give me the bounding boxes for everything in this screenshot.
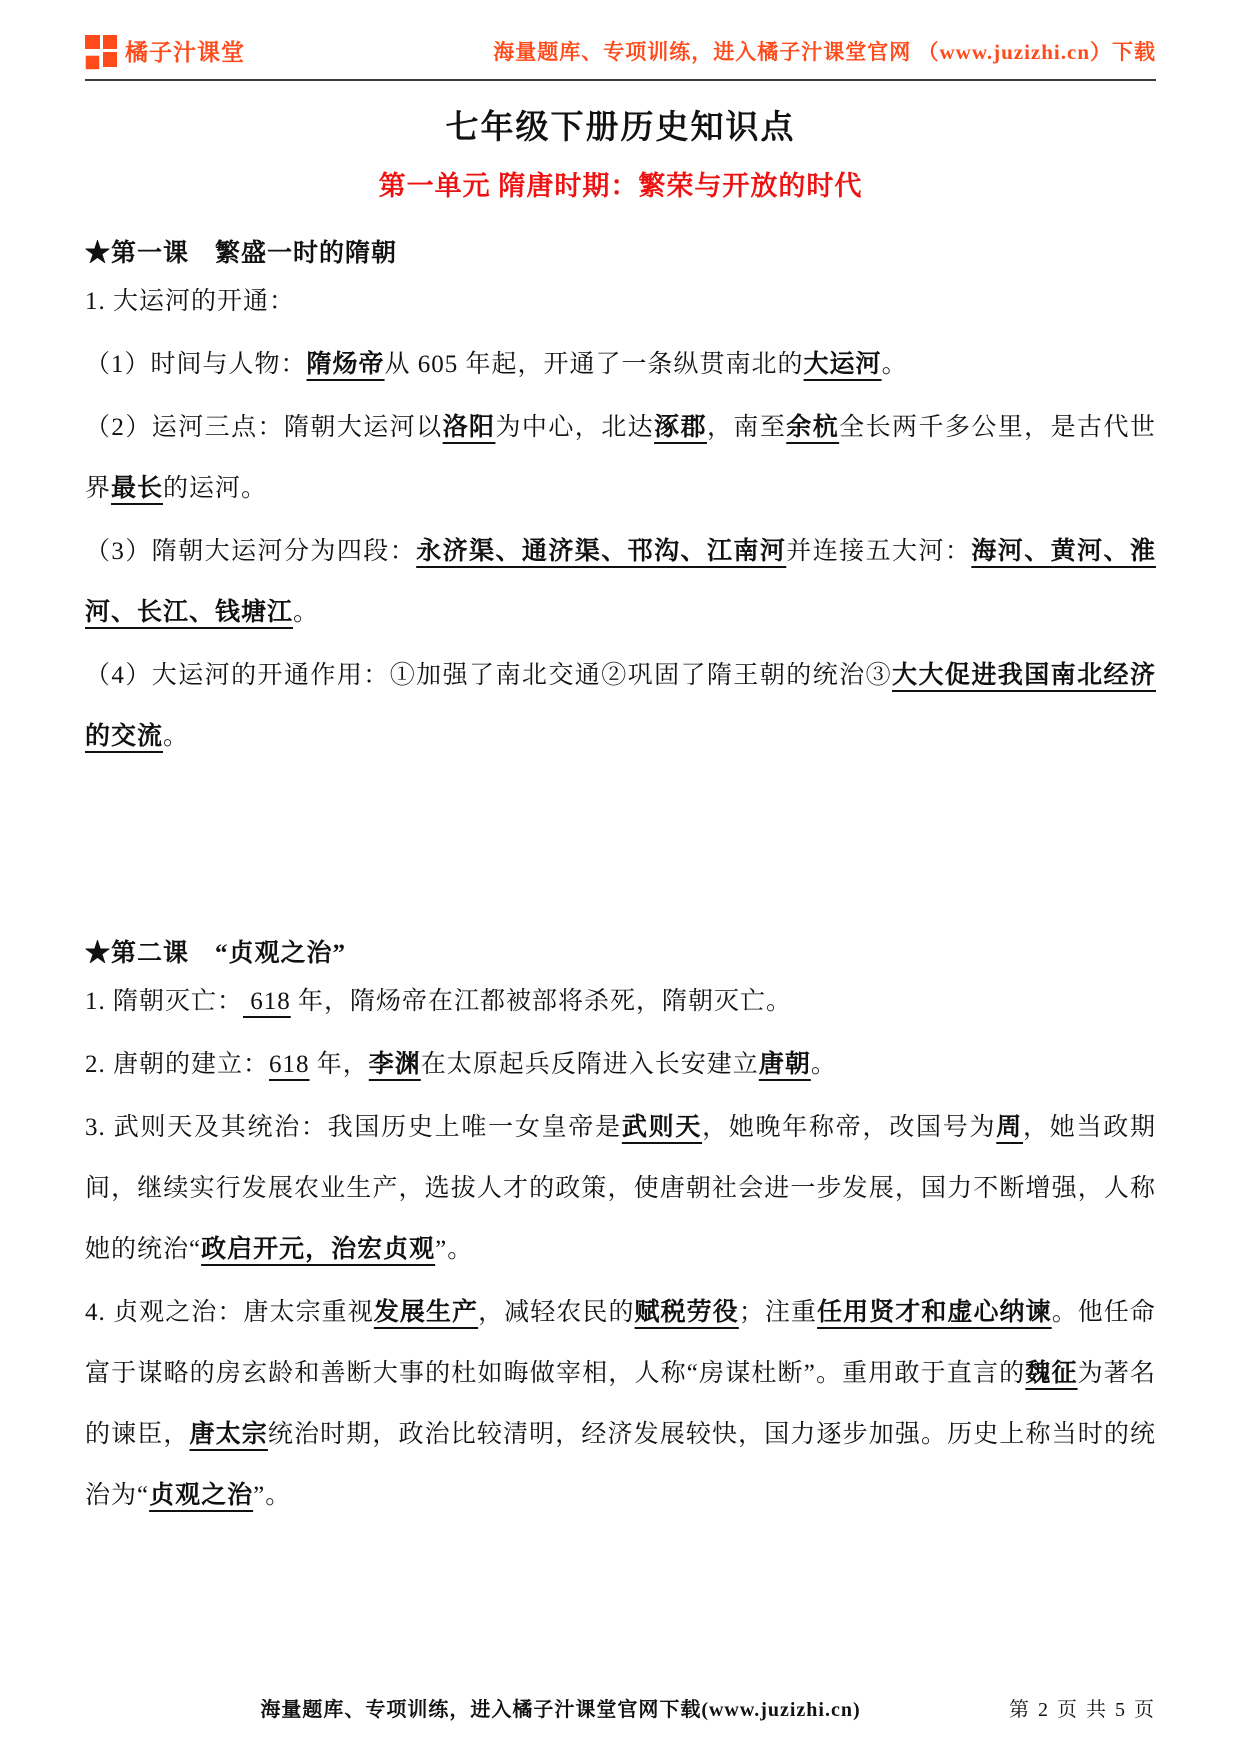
brand-logo: 橘子汁课堂 bbox=[85, 34, 245, 67]
paragraph-sui-fall: 1. 隋朝灭亡： 618 年，隋炀帝在江都被部将杀死，隋朝灭亡。 bbox=[85, 971, 1156, 1032]
paragraph-canal-three-points: （2）运河三点：隋朝大运河以洛阳为中心，北达涿郡，南至余杭全长两千多公里，是古代… bbox=[85, 397, 1156, 519]
page-title: 七年级下册历史知识点 bbox=[85, 101, 1156, 148]
paragraph-canal-effects: （4）大运河的开通作用：①加强了南北交通②巩固了隋王朝的统治③大大促进我国南北经… bbox=[85, 645, 1156, 767]
document-body: 七年级下册历史知识点 第一单元 隋唐时期：繁荣与开放的时代 ★第一课 繁盛一时的… bbox=[0, 81, 1240, 1526]
paragraph-canal-time-person: （1）时间与人物：隋炀帝从 605 年起，开通了一条纵贯南北的大运河。 bbox=[85, 334, 1156, 395]
logo-text: 橘子汁课堂 bbox=[125, 34, 245, 67]
footer-promo-text: 海量题库、专项训练，进入橘子汁课堂官网下载(www.juzizhi.cn) bbox=[260, 1693, 860, 1722]
document-page: 橘子汁课堂 海量题库、专项训练，进入橘子汁课堂官网 （www.juzizhi.c… bbox=[0, 0, 1240, 1754]
page-number: 第 2 页 共 5 页 bbox=[1009, 1693, 1156, 1722]
paragraph-tang-founding: 2. 唐朝的建立：618 年，李渊在太原起兵反隋进入长安建立唐朝。 bbox=[85, 1034, 1156, 1095]
paragraph-canal-intro: 1. 大运河的开通： bbox=[85, 271, 1156, 332]
section-1-heading: ★第一课 繁盛一时的隋朝 bbox=[85, 233, 1156, 269]
section-2-heading: ★第二课 “贞观之治” bbox=[85, 933, 1156, 969]
page-header: 橘子汁课堂 海量题库、专项训练，进入橘子汁课堂官网 （www.juzizhi.c… bbox=[0, 0, 1240, 67]
unit-title: 第一单元 隋唐时期：繁荣与开放的时代 bbox=[85, 164, 1156, 203]
logo-icon bbox=[85, 35, 117, 67]
paragraph-wu-zetian: 3. 武则天及其统治：我国历史上唯一女皇帝是武则天，她晚年称帝，改国号为周，她当… bbox=[85, 1097, 1156, 1280]
header-promo-text: 海量题库、专项训练，进入橘子汁课堂官网 （www.juzizhi.cn）下载 bbox=[493, 36, 1156, 66]
page-footer: 海量题库、专项训练，进入橘子汁课堂官网下载(www.juzizhi.cn) 第 … bbox=[85, 1693, 1156, 1722]
paragraph-zhenguan-rule: 4. 贞观之治：唐太宗重视发展生产，减轻农民的赋税劳役；注重任用贤才和虚心纳谏。… bbox=[85, 1282, 1156, 1526]
paragraph-canal-four-segments: （3）隋朝大运河分为四段：永济渠、通济渠、邗沟、江南河并连接五大河：海河、黄河、… bbox=[85, 521, 1156, 643]
